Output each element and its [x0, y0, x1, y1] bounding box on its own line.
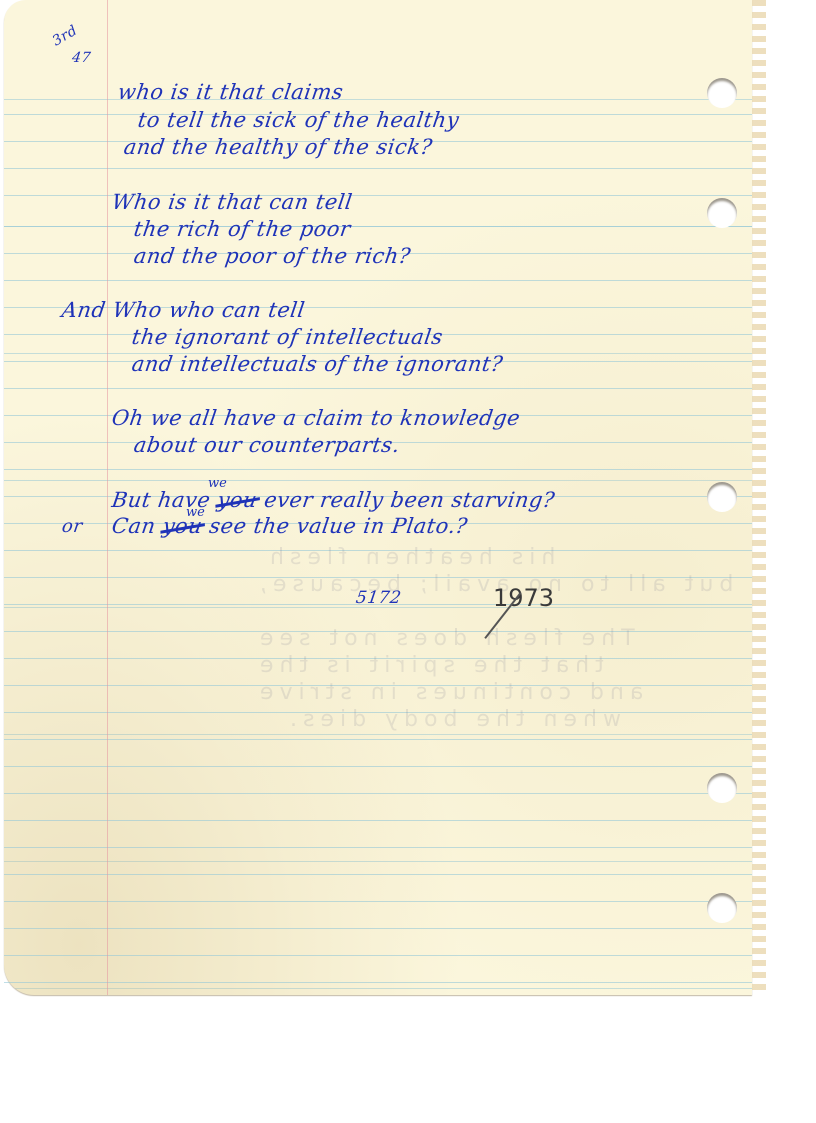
poem-line-corrected: Can you see the value in Plato.? — [110, 514, 469, 538]
poem-line: and the healthy of the sick? — [122, 135, 434, 159]
punch-hole — [707, 893, 737, 923]
margin-line — [107, 0, 108, 995]
poem-line: to tell the sick of the healthy — [136, 108, 461, 132]
punch-hole — [707, 78, 737, 108]
poem-line: and the poor of the rich? — [132, 244, 412, 268]
margin-note: or — [61, 516, 84, 537]
bleed-through-line: when the body dies. — [284, 707, 621, 732]
bleed-through-line: that the spirit is the — [254, 653, 604, 678]
punch-hole — [707, 198, 737, 228]
poem-line: who is it that claims — [116, 80, 345, 104]
poem-line: the ignorant of intellectuals — [130, 325, 444, 349]
line-text: Can — [110, 514, 164, 538]
torn-binding-edge — [752, 0, 766, 990]
inserted-word: we — [186, 505, 205, 520]
ink-number: 5172 — [355, 588, 403, 608]
punch-hole — [707, 773, 737, 803]
line-text: see the value in Plato.? — [201, 514, 470, 538]
poem-line: And Who who can tell — [60, 298, 306, 322]
inserted-word: we — [208, 476, 227, 491]
poem-line: about our counterparts. — [132, 433, 401, 457]
pencil-year: 1973 — [493, 584, 554, 612]
struck-word: you — [216, 488, 259, 512]
poem-line: the rich of the poor — [132, 217, 352, 241]
poem-line-corrected: But have you ever really been starving? — [110, 488, 556, 512]
bleed-through-line: The flesh does not see — [254, 626, 635, 651]
punch-hole — [707, 482, 737, 512]
bleed-through-line: and continues in strive — [254, 680, 643, 705]
bleed-through-line: his heathen flesh — [264, 545, 555, 570]
line-text: ever really been starving? — [255, 488, 556, 512]
poem-line: Oh we all have a claim to knowledge — [110, 406, 522, 430]
poem-line: Who is it that can tell — [110, 190, 354, 214]
corner-number: 47 — [71, 50, 92, 66]
poem-line: and intellectuals of the ignorant? — [130, 352, 504, 376]
